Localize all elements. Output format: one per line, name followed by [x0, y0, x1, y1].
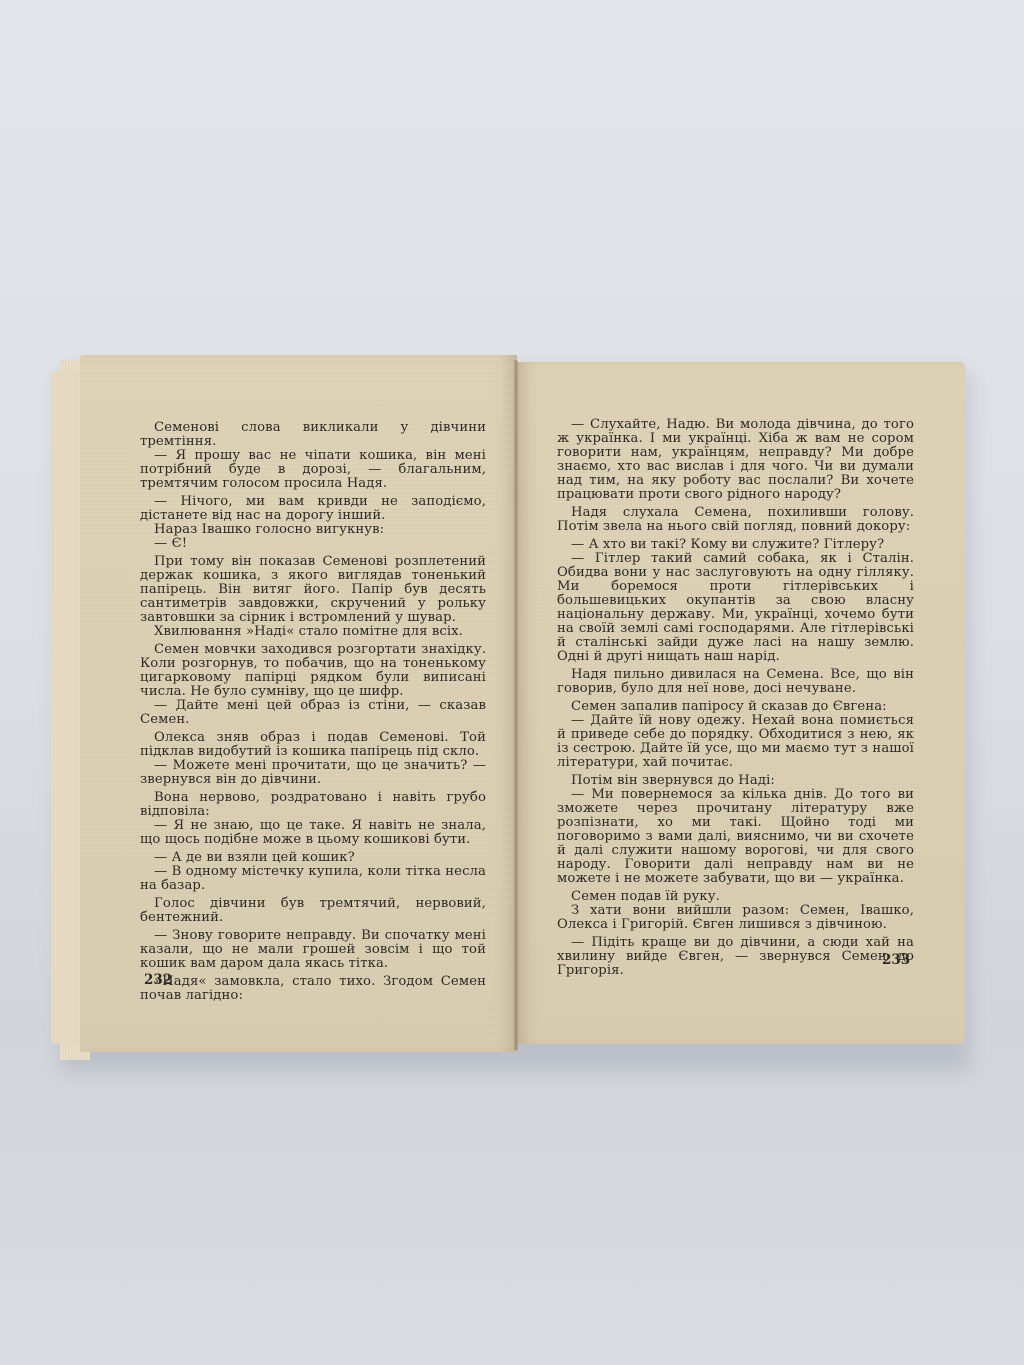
- paragraph: — Ми повернемося за кілька днів. До того…: [557, 788, 914, 886]
- paragraph: — В одному містечку купила, коли тітка н…: [140, 865, 486, 893]
- paragraph: — Є!: [140, 537, 486, 551]
- paragraph: Семен подав їй руку.: [557, 890, 914, 904]
- paragraph: Надя слухала Семена, похиливши голову. П…: [557, 506, 914, 534]
- paragraph: — Дайте мені цей образ із стіни, — сказа…: [140, 699, 486, 727]
- paragraph: Вона нервово, роздратовано і навіть груб…: [140, 791, 486, 819]
- paragraph: Семен мовчки заходився розгортати знахід…: [140, 643, 486, 699]
- paragraph: »Надя« замовкла, стало тихо. Згодом Семе…: [140, 975, 486, 1003]
- paragraph: Хвилювання »Наді« стало помітне для всіх…: [140, 625, 486, 639]
- paragraph: — Підіть краще ви до дівчини, а сюди хай…: [557, 936, 914, 978]
- paragraph: Надя пильно дивилася на Семена. Все, що …: [557, 668, 914, 696]
- paragraph: Нараз Івашко голосно вигукнув:: [140, 523, 486, 537]
- paragraph: — Дайте їй нову одежу. Нехай вона помиєт…: [557, 714, 914, 770]
- paragraph: — Нічого, ми вам кривди не заподіємо, ді…: [140, 495, 486, 523]
- page-number-right: 233: [882, 952, 910, 968]
- paragraph: Олекса зняв образ і подав Семенові. Той …: [140, 731, 486, 759]
- paragraph: Голос дівчини був тремтячий, нервовий, б…: [140, 897, 486, 925]
- paragraph: З хати вони вийшли разом: Семен, Івашко,…: [557, 904, 914, 932]
- paragraph: При тому він показав Семенові розплетени…: [140, 555, 486, 625]
- paragraph: — Я не знаю, що це таке. Я навіть не зна…: [140, 819, 486, 847]
- paragraph: — А хто ви такі? Кому ви служите? Гітлер…: [557, 538, 914, 552]
- paragraph: — Можете мені прочитати, що це значить? …: [140, 759, 486, 787]
- paragraph: — А де ви взяли цей кошик?: [140, 851, 486, 865]
- paragraph: Семен запалив папіросу й сказав до Євген…: [557, 700, 914, 714]
- paragraph: — Знову говорите неправду. Ви спочатку м…: [140, 929, 486, 971]
- photo-scene: Семенові слова викликали у дівчини тремт…: [0, 0, 1024, 1365]
- paragraph: — Слухайте, Надю. Ви молода дівчина, до …: [557, 418, 914, 502]
- paragraph: — Гітлер такий самий собака, як і Сталін…: [557, 552, 914, 664]
- left-page-text: Семенові слова викликали у дівчини тремт…: [140, 421, 486, 1003]
- page-number-left: 232: [144, 972, 172, 988]
- paragraph: Семенові слова викликали у дівчини тремт…: [140, 421, 486, 449]
- paragraph: — Я прошу вас не чіпати кошика, він мені…: [140, 449, 486, 491]
- right-page-text: — Слухайте, Надю. Ви молода дівчина, до …: [557, 418, 914, 978]
- book-spine-gutter: [514, 360, 518, 1050]
- paragraph: Потім він звернувся до Наді:: [557, 774, 914, 788]
